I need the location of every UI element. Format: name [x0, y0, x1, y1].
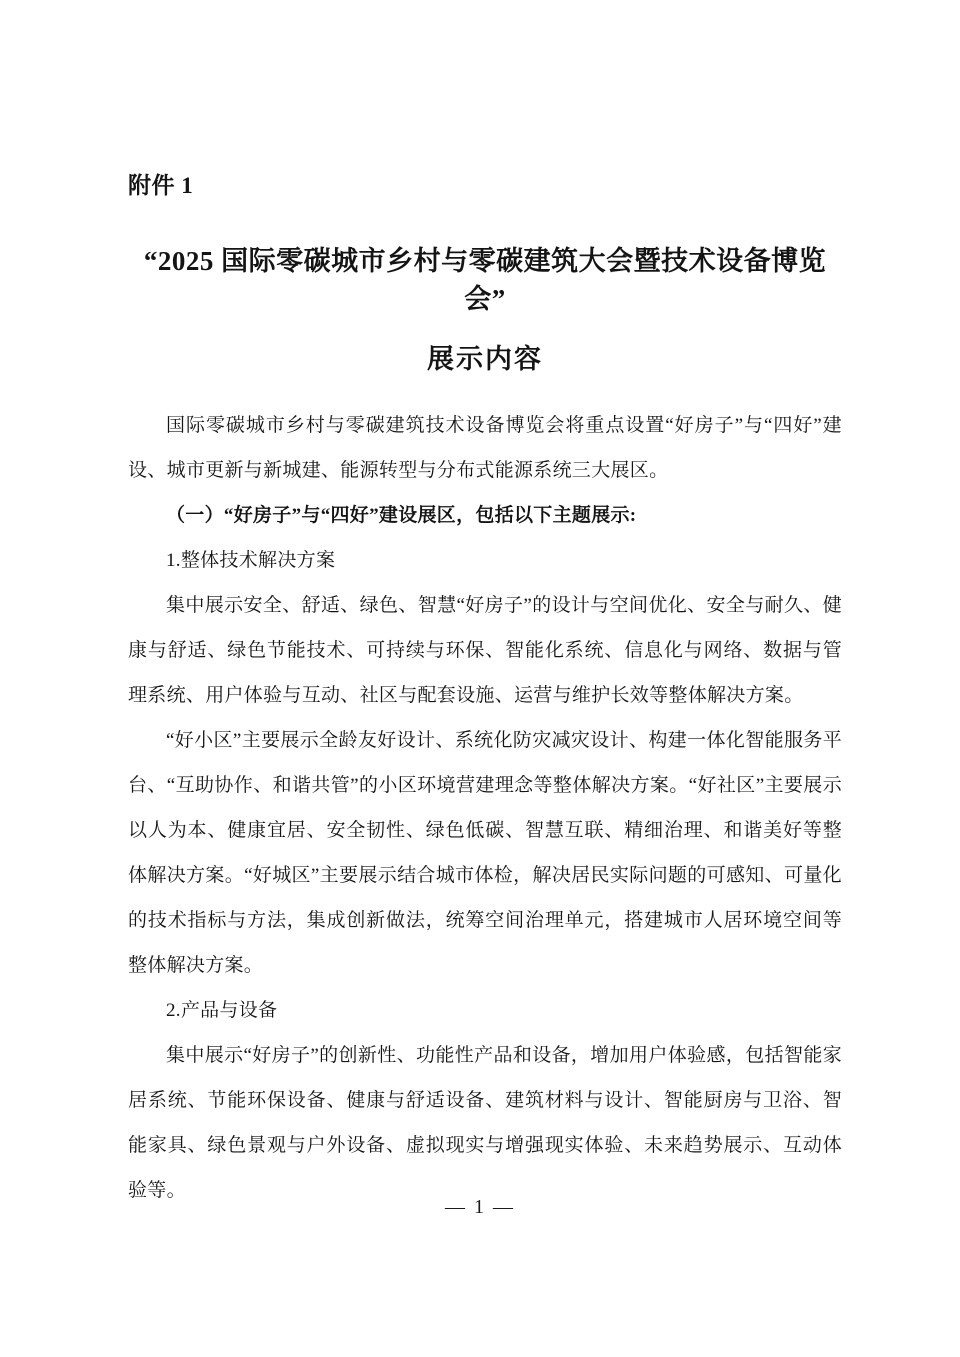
document-page: 附件 1 “2025 国际零碳城市乡村与零碳建筑大会暨技术设备博览会” 展示内容…	[0, 0, 960, 1357]
body-paragraph: “好小区”主要展示全龄友好设计、系统化防灾减灾设计、构建一体化智能服务平台、“互…	[128, 718, 842, 988]
section-heading: （一）“好房子”与“四好”建设展区，包括以下主题展示:	[128, 493, 842, 538]
document-body: 国际零碳城市乡村与零碳建筑技术设备博览会将重点设置“好房子”与“四好”建设、城市…	[128, 403, 842, 1213]
numbered-heading: 1.整体技术解决方案	[128, 538, 842, 583]
page-number: — 1 —	[0, 1186, 960, 1228]
numbered-heading: 2.产品与设备	[128, 988, 842, 1033]
body-paragraph: 国际零碳城市乡村与零碳建筑技术设备博览会将重点设置“好房子”与“四好”建设、城市…	[128, 403, 842, 493]
document-subtitle: 展示内容	[128, 340, 842, 378]
body-paragraph: 集中展示安全、舒适、绿色、智慧“好房子”的设计与空间优化、安全与耐久、健康与舒适…	[128, 583, 842, 718]
document-content: 附件 1 “2025 国际零碳城市乡村与零碳建筑大会暨技术设备博览会” 展示内容…	[0, 0, 960, 1213]
document-title: “2025 国际零碳城市乡村与零碳建筑大会暨技术设备博览会”	[128, 242, 842, 318]
attachment-label: 附件 1	[128, 0, 842, 202]
